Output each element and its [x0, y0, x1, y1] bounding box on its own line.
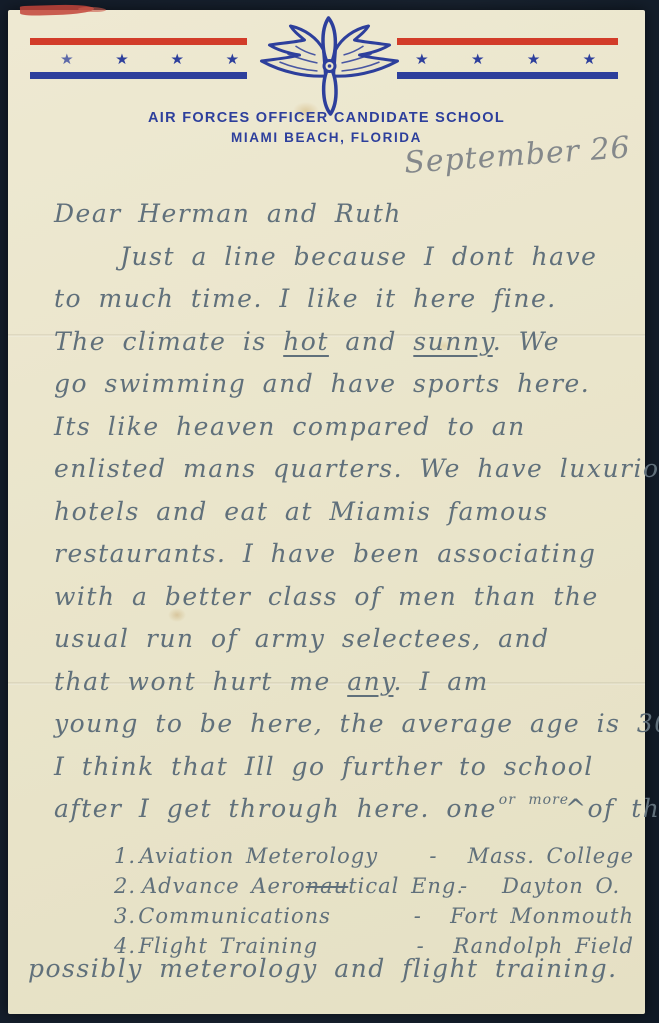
letter-line: young to be here, the average age is 30.: [54, 703, 639, 746]
list-item: 1. Aviation Meterology - Mass. College: [114, 844, 634, 874]
star-row: ★ ★ ★ ★: [397, 50, 618, 69]
letter-line: go swimming and have sports here.: [54, 363, 639, 406]
letterhead-stripes-left: ★ ★ ★ ★: [30, 38, 247, 79]
letter-line: to much time. I like it here fine.: [54, 278, 639, 321]
letter-line: enlisted mans quarters. We have luxuriou…: [54, 448, 639, 491]
list-item: 3. Communications - Fort Monmouth: [114, 904, 634, 934]
letter-line: that wont hurt me any. I am: [54, 661, 639, 704]
item-subject: Advance Aeronautical Eng.: [142, 874, 460, 898]
letter-line: with a better class of men than the: [54, 576, 639, 619]
item-place: Dayton O.: [502, 874, 634, 898]
item-number: 1.: [114, 844, 140, 868]
item-number: 2.: [114, 874, 142, 898]
star-icon: ★: [415, 52, 428, 66]
star-icon: ★: [60, 52, 73, 66]
star-icon: ★: [527, 52, 540, 66]
letterhead-stripes-right: ★ ★ ★ ★: [397, 38, 618, 79]
letter-line: I think that Ill go further to school: [54, 746, 639, 789]
star-icon: ★: [583, 52, 596, 66]
item-place: Fort Monmouth: [450, 904, 634, 928]
item-place: Mass. College: [468, 844, 634, 868]
letter-line: Its like heaven compared to an: [54, 406, 639, 449]
letter-body: Dear Herman and Ruth Just a line because…: [54, 193, 639, 831]
letter-line: hotels and eat at Miamis famous: [54, 491, 639, 534]
star-icon: ★: [226, 52, 239, 66]
letter-paper: ★ ★ ★ ★: [8, 10, 645, 1014]
blue-stripe: [397, 72, 618, 79]
winged-propeller-icon: [247, 14, 413, 118]
item-subject: Communications: [138, 904, 413, 928]
item-dash: -: [414, 904, 450, 928]
item-subject: Aviation Meterology: [140, 844, 430, 868]
item-number: 3.: [114, 904, 138, 928]
star-icon: ★: [170, 52, 183, 66]
list-item: 2. Advance Aeronautical Eng. - Dayton O.: [114, 874, 634, 904]
star-row: ★ ★ ★ ★: [30, 50, 247, 69]
school-name: AIR FORCES OFFICER CANDIDATE SCHOOL: [8, 110, 645, 126]
letter-line: after I get through here. oneor more^of …: [54, 788, 639, 831]
item-dash: -: [460, 874, 502, 898]
star-icon: ★: [471, 52, 484, 66]
closing-line: possibly meterology and flight training.: [28, 954, 618, 983]
item-dash: -: [429, 844, 467, 868]
blue-stripe: [30, 72, 247, 79]
letter-line: Just a line because I dont have: [54, 236, 639, 279]
scan-background: ★ ★ ★ ★: [0, 0, 659, 1023]
letter-line: The climate is hot and sunny. We: [54, 321, 639, 364]
letter-line: usual run of army selectees, and: [54, 618, 639, 661]
salutation: Dear Herman and Ruth: [54, 193, 639, 236]
school-options-list: 1. Aviation Meterology - Mass. College 2…: [114, 844, 634, 964]
star-icon: ★: [115, 52, 128, 66]
red-stripe: [30, 38, 247, 45]
red-stripe: [397, 38, 618, 45]
letter-line: restaurants. I have been associating: [54, 533, 639, 576]
